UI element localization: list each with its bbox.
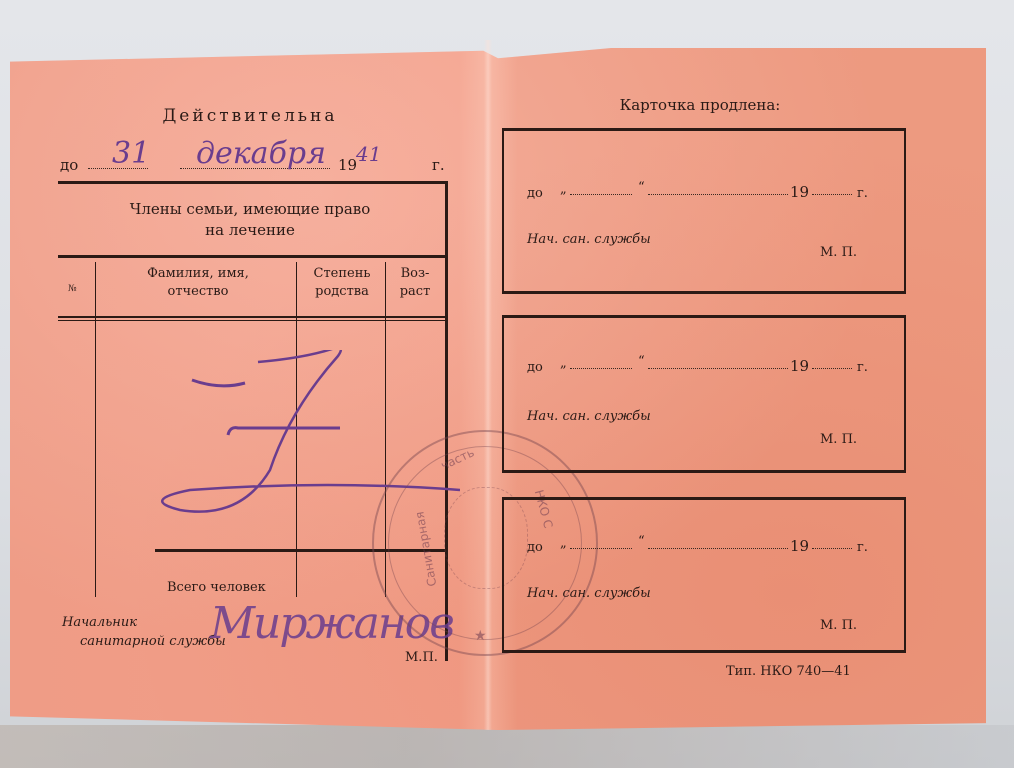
valid-until-suffix: г.: [432, 156, 445, 174]
valid-until-year: 41: [356, 142, 381, 166]
ext2-signer: Нач. сан. службы: [527, 409, 651, 424]
family-section-title-2: на лечение: [60, 221, 440, 239]
ext3-year-field[interactable]: [812, 548, 852, 549]
ext2-year-field[interactable]: [812, 368, 852, 369]
col-divider-1: [95, 262, 96, 597]
ext1-signer: Нач. сан. службы: [527, 232, 651, 247]
total-label: Всего человек: [167, 580, 266, 595]
ext2-month-field[interactable]: [648, 368, 788, 369]
ext1-day-field[interactable]: [570, 194, 632, 195]
col-name-2: отчество: [98, 284, 298, 299]
ext3-signer: Нач. сан. службы: [527, 586, 651, 601]
ext1-seal-place: М. П.: [820, 245, 857, 260]
ext2-prefix: до: [527, 360, 543, 375]
ext2-seal-place: М. П.: [820, 432, 857, 447]
ext1-prefix: до: [527, 186, 543, 201]
family-section-title-1: Члены семьи, имеющие право: [60, 200, 440, 218]
col-relation-2: родства: [298, 284, 386, 299]
header-rule: [58, 181, 448, 184]
col-age-2: раст: [386, 284, 444, 299]
col-number: №: [68, 284, 77, 294]
valid-label: Действительна: [100, 106, 400, 126]
left-seal-place: М.П.: [405, 650, 438, 665]
ext1-year-field[interactable]: [812, 194, 852, 195]
col-age-1: Воз-: [386, 266, 444, 281]
extension-title: Карточка продлена:: [540, 96, 860, 114]
valid-until-day: 31: [112, 136, 150, 171]
ext1-month-field[interactable]: [648, 194, 788, 195]
valid-until-month: декабря: [196, 136, 326, 171]
valid-until-year-prefix: 19: [338, 156, 357, 174]
extension-box-2: [502, 315, 906, 473]
ext3-day-field[interactable]: [570, 548, 632, 549]
col-relation-1: Степень: [298, 266, 386, 281]
chief-label-1: Начальник: [62, 615, 137, 630]
table-shadow: [0, 725, 1014, 768]
ext3-month-field[interactable]: [648, 548, 788, 549]
valid-until-prefix: до: [60, 156, 78, 174]
header-bottom-rule: [58, 316, 446, 318]
table-top-rule: [58, 255, 446, 258]
ext3-prefix: до: [527, 540, 543, 555]
stamp-star-icon: ★: [474, 628, 487, 644]
ext2-day-field[interactable]: [570, 368, 632, 369]
chief-label-2: санитарной службы: [80, 634, 226, 649]
printer-mark: Тип. НКО 740—41: [726, 664, 851, 679]
ext3-seal-place: М. П.: [820, 618, 857, 633]
col-name-1: Фамилия, имя,: [98, 266, 298, 281]
extension-box-1: [502, 128, 906, 294]
